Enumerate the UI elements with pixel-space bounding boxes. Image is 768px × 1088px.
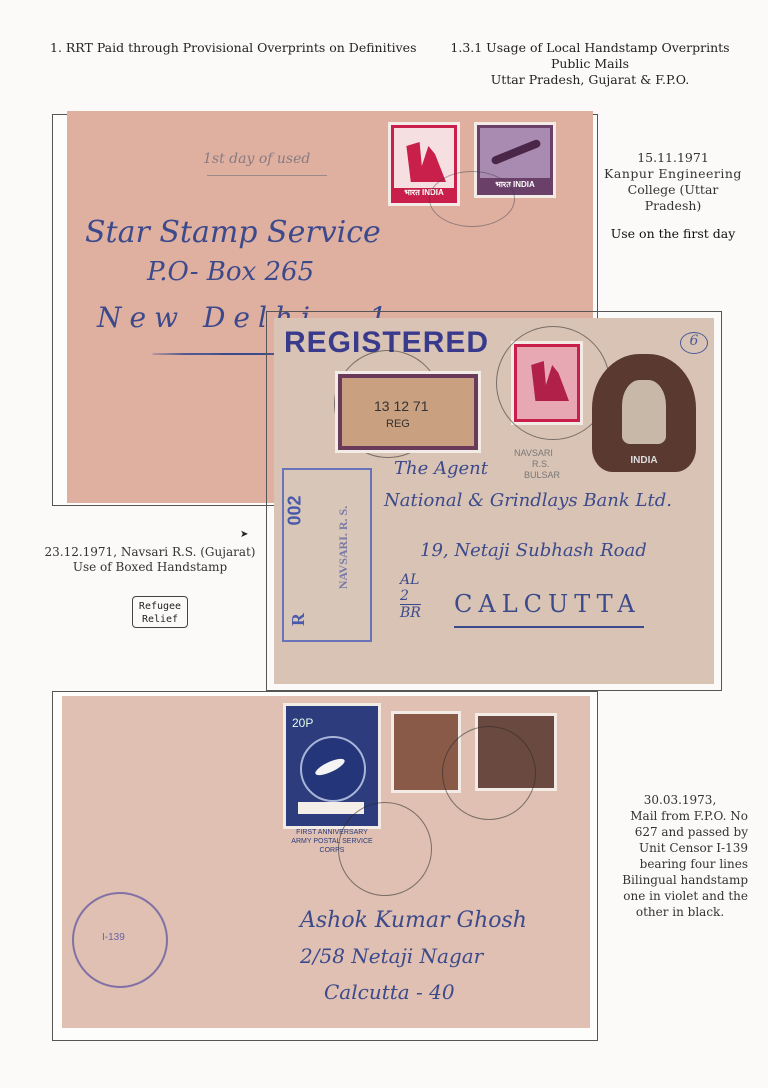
cover1-pencil-note: 1st day of used xyxy=(203,151,310,167)
cover2-address-line-2: National & Grindlays Bank Ltd. xyxy=(384,490,672,511)
cover3-caption-line: other in black. xyxy=(612,904,748,920)
margin-note-3: BR xyxy=(400,604,421,621)
cover1-postmark xyxy=(429,171,515,227)
pointer-arrow-icon: ➤ xyxy=(240,529,248,540)
cover3-address-line-2: 2/58 Netaji Nagar xyxy=(300,944,483,968)
cover2-postmark-date: 13 12 71 xyxy=(374,398,429,414)
cover3-address-line-3: Calcutta - 40 xyxy=(324,980,455,1004)
censor-number: I-139 xyxy=(102,932,125,943)
margin-note-1: AL xyxy=(400,572,421,588)
refugee-line-1: Refugee xyxy=(133,600,187,613)
side-note-1: NAVSARI xyxy=(514,448,560,459)
section-title: 1. RRT Paid through Provisional Overprin… xyxy=(50,40,417,56)
cover2-note: Use of Boxed Handstamp xyxy=(40,560,260,575)
censor-handstamp: I-139 xyxy=(72,892,168,988)
refugee-relief-box: Refugee Relief xyxy=(132,596,188,628)
cover1-address-line-2: P.O- Box 265 xyxy=(147,257,314,287)
refugee-line-2: Relief xyxy=(133,613,187,626)
cover2-address-line-1: The Agent xyxy=(394,458,488,479)
margin-note: AL 2 BR xyxy=(400,572,421,621)
stationery-label: INDIA xyxy=(592,455,696,466)
stationery-indicium: INDIA xyxy=(592,354,696,472)
subsection-heading: 1.3.1 Usage of Local Handstamp Overprint… xyxy=(440,40,740,88)
cover3-caption-line: one in violet and the xyxy=(612,888,748,904)
city-underline xyxy=(454,626,644,628)
cover3-caption-line: Unit Censor I-139 xyxy=(612,840,748,856)
stamp-value: 20P xyxy=(292,716,313,730)
cover2-date-place: 23.12.1971, Navsari R.S. (Gujarat) xyxy=(40,545,260,560)
margin-note-2: 2 xyxy=(400,588,421,604)
reg-number: 002 xyxy=(285,495,306,525)
cover3-caption-line: Bilingual handstamp xyxy=(612,872,748,888)
cover2-postmark-reg: REG xyxy=(386,418,410,430)
subsection-subtitle-1: Public Mails xyxy=(440,56,740,72)
side-note-2: R.S. xyxy=(514,459,560,470)
subsection-subtitle-2: Uttar Pradesh, Gujarat & F.P.O. xyxy=(440,72,740,88)
reg-letter: R xyxy=(288,613,309,626)
cover3-postmark-left xyxy=(338,802,432,896)
cover2-caption: 23.12.1971, Navsari R.S. (Gujarat) Use o… xyxy=(40,545,260,575)
cover3-caption-line: Mail from F.P.O. No xyxy=(612,808,748,824)
cover1-address-line-1: Star Stamp Service xyxy=(85,215,381,250)
cover1-place-2: College (Uttar Pradesh) xyxy=(598,182,748,214)
cover3-envelope: 20P FIRST ANNIVERSARY ARMY POSTAL SERVIC… xyxy=(62,696,590,1028)
reg-office: NAVSARI. R. S. xyxy=(336,506,351,589)
cover3-caption-line: 627 and passed by xyxy=(612,824,748,840)
subsection-title: 1.3.1 Usage of Local Handstamp Overprint… xyxy=(440,40,740,56)
side-note-3: BULSAR xyxy=(514,470,560,481)
cover3-caption: 30.03.1973, Mail from F.P.O. No 627 and … xyxy=(612,792,748,920)
cover3-date: 30.03.1973, xyxy=(612,792,748,808)
pencil-underline xyxy=(207,175,327,176)
cover3-address-line-1: Ashok Kumar Ghosh xyxy=(300,908,527,933)
cover3-caption-line: bearing four lines xyxy=(612,856,748,872)
cover1-place-1: Kanpur Engineering xyxy=(598,166,748,182)
registration-label: 002 NAVSARI. R. S. R xyxy=(282,468,372,642)
cover-number: 6 xyxy=(680,332,708,354)
cover3-postmark-right xyxy=(442,726,536,820)
cover1-date: 15.11.1971 xyxy=(598,150,748,166)
cover2-address-line-3: 19, Netaji Subhash Road xyxy=(420,540,647,561)
cover2-address-line-4: CALCUTTA xyxy=(454,590,641,618)
cover2-envelope: REGISTERED 13 12 71 REG INDIA 6 NAVSARI … xyxy=(274,318,714,684)
cover1-note: Use on the first day xyxy=(598,226,748,242)
side-note: NAVSARI R.S. BULSAR xyxy=(514,448,560,481)
cover1-caption: 15.11.1971 Kanpur Engineering College (U… xyxy=(598,150,748,242)
